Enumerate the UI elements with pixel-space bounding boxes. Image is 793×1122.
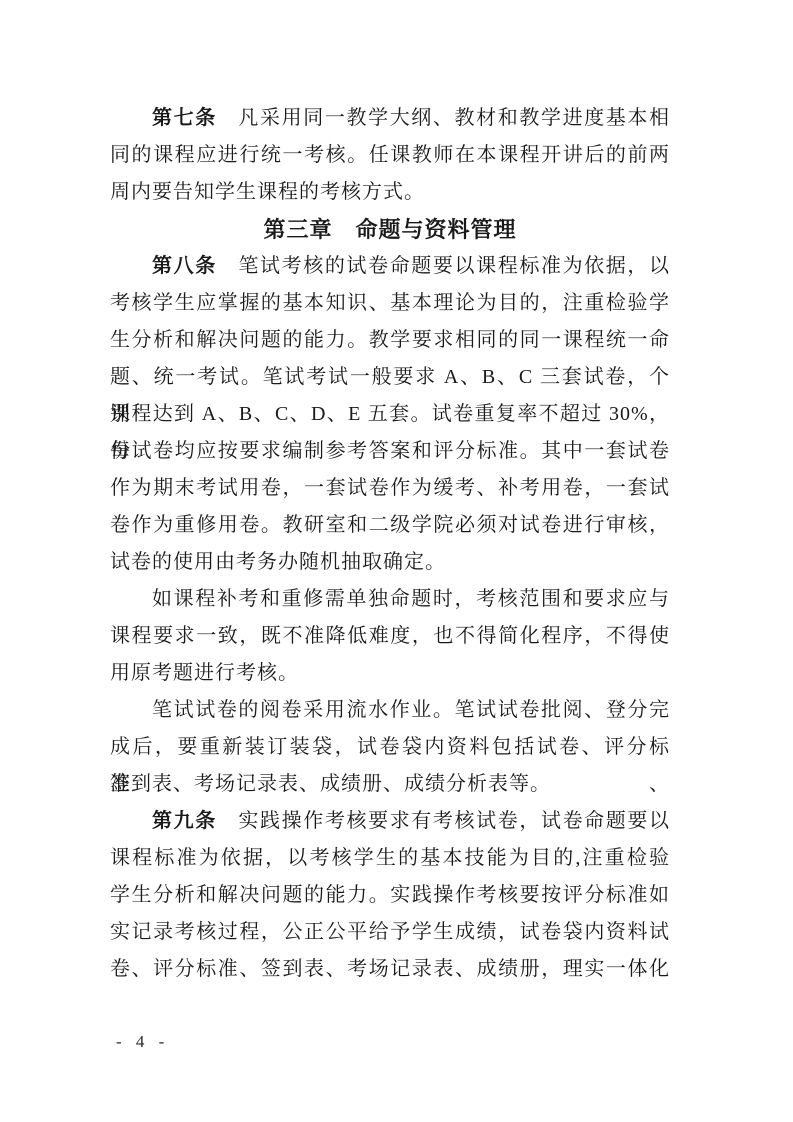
line-text: 生分析和解决问题的能力。教学要求相同的同一课程统一命 [110, 329, 670, 351]
paragraph-line: 作为期末考试用卷，一套试卷作为缓考、补考用卷，一套试 [110, 470, 670, 507]
line-text: 凡采用同一教学大纲、教材和教学进度基本相 [217, 107, 670, 129]
paragraph-line: 卷、评分标准、签到表、考场记录表、成绩册，理实一体化 [110, 951, 670, 988]
line-text: 笔试试卷的阅卷采用流水作业。笔试试卷批阅、登分完 [152, 699, 670, 721]
paragraph-line: 卷作为重修用卷。教研室和二级学院必须对试卷进行审核， [110, 507, 670, 544]
paragraph-line: 学生分析和解决问题的能力。实践操作考核要按评分标准如 [110, 877, 670, 914]
paragraph-line: 题、统一考试。笔试考试一般要求 A、B、C 三套试卷，个别 [110, 359, 670, 396]
article-9-label: 第九条 [152, 810, 217, 832]
paragraph-line: 课程标准为依据，以考核学生的基本技能为目的,注重检验 [110, 840, 670, 877]
document-page: 第七条 凡采用同一教学大纲、教材和教学进度基本相 同的课程应进行统一考核。任课教… [0, 0, 793, 1122]
line-text: 份试卷均应按要求编制参考答案和评分标准。其中一套试卷 [110, 440, 670, 462]
paragraph-line: 课程要求一致，既不准降低难度，也不得简化程序，不得使 [110, 618, 670, 655]
line-text: 卷、评分标准、签到表、考场记录表、成绩册，理实一体化 [110, 958, 670, 980]
paragraph-line: 第九条 实践操作考核要求有考核试卷，试卷命题要以 [110, 803, 670, 840]
paragraph-line: 考核学生应掌握的基本知识、基本理论为目的，注重检验学 [110, 285, 670, 322]
line-text: 试卷的使用由考务办随机抽取确定。 [110, 551, 446, 573]
line-text: 课程要求一致，既不准降低难度，也不得简化程序，不得使 [110, 625, 670, 647]
paragraph-line: 同的课程应进行统一考核。任课教师在本课程开讲后的前两 [110, 137, 670, 174]
paragraph-line: 周内要告知学生课程的考核方式。 [110, 174, 670, 211]
line-text: 笔试考核的试卷命题要以课程标准为依据，以 [217, 255, 670, 277]
paragraph-line: 用原考题进行考核。 [110, 655, 670, 692]
line-text: 用原考题进行考核。 [110, 662, 299, 684]
line-text: 学生分析和解决问题的能力。实践操作考核要按评分标准如 [110, 884, 670, 906]
paragraph-line: 生分析和解决问题的能力。教学要求相同的同一课程统一命 [110, 322, 670, 359]
paragraph-line: 成后，要重新装订装袋，试卷袋内资料包括试卷、评分标准、 [110, 729, 670, 766]
article-7-label: 第七条 [152, 107, 217, 129]
line-text: 考核学生应掌握的基本知识、基本理论为目的，注重检验学 [110, 292, 670, 314]
line-text: 同的课程应进行统一考核。任课教师在本课程开讲后的前两 [110, 144, 670, 166]
text-block: 第七条 凡采用同一教学大纲、教材和教学进度基本相 同的课程应进行统一考核。任课教… [110, 100, 670, 988]
paragraph-line: 第七条 凡采用同一教学大纲、教材和教学进度基本相 [110, 100, 670, 137]
paragraph-line: 第八条 笔试考核的试卷命题要以课程标准为依据，以 [110, 248, 670, 285]
article-8-label: 第八条 [152, 255, 217, 277]
line-text: 签到表、考场记录表、成绩册、成绩分析表等。 [110, 773, 551, 795]
paragraph-line: 课程达到 A、B、C、D、E 五套。试卷重复率不超过 30%，每 [110, 396, 670, 433]
paragraph-line: 如课程补考和重修需单独命题时，考核范围和要求应与 [110, 581, 670, 618]
paragraph-line: 实记录考核过程，公正公平给予学生成绩，试卷袋内资料试 [110, 914, 670, 951]
paragraph-line: 笔试试卷的阅卷采用流水作业。笔试试卷批阅、登分完 [110, 692, 670, 729]
line-text: 实记录考核过程，公正公平给予学生成绩，试卷袋内资料试 [110, 921, 670, 943]
line-text: 课程标准为依据，以考核学生的基本技能为目的,注重检验 [110, 847, 670, 869]
chapter-heading: 第三章 命题与资料管理 [110, 211, 670, 248]
paragraph-line: 份试卷均应按要求编制参考答案和评分标准。其中一套试卷 [110, 433, 670, 470]
line-text: 周内要告知学生课程的考核方式。 [110, 181, 425, 203]
line-text: 如课程补考和重修需单独命题时，考核范围和要求应与 [152, 588, 670, 610]
line-text: 实践操作考核要求有考核试卷，试卷命题要以 [217, 810, 670, 832]
page-number: - 4 - [116, 1032, 169, 1052]
line-text: 卷作为重修用卷。教研室和二级学院必须对试卷进行审核， [110, 514, 670, 536]
line-text: 作为期末考试用卷，一套试卷作为缓考、补考用卷，一套试 [110, 477, 670, 499]
paragraph-line: 试卷的使用由考务办随机抽取确定。 [110, 544, 670, 581]
